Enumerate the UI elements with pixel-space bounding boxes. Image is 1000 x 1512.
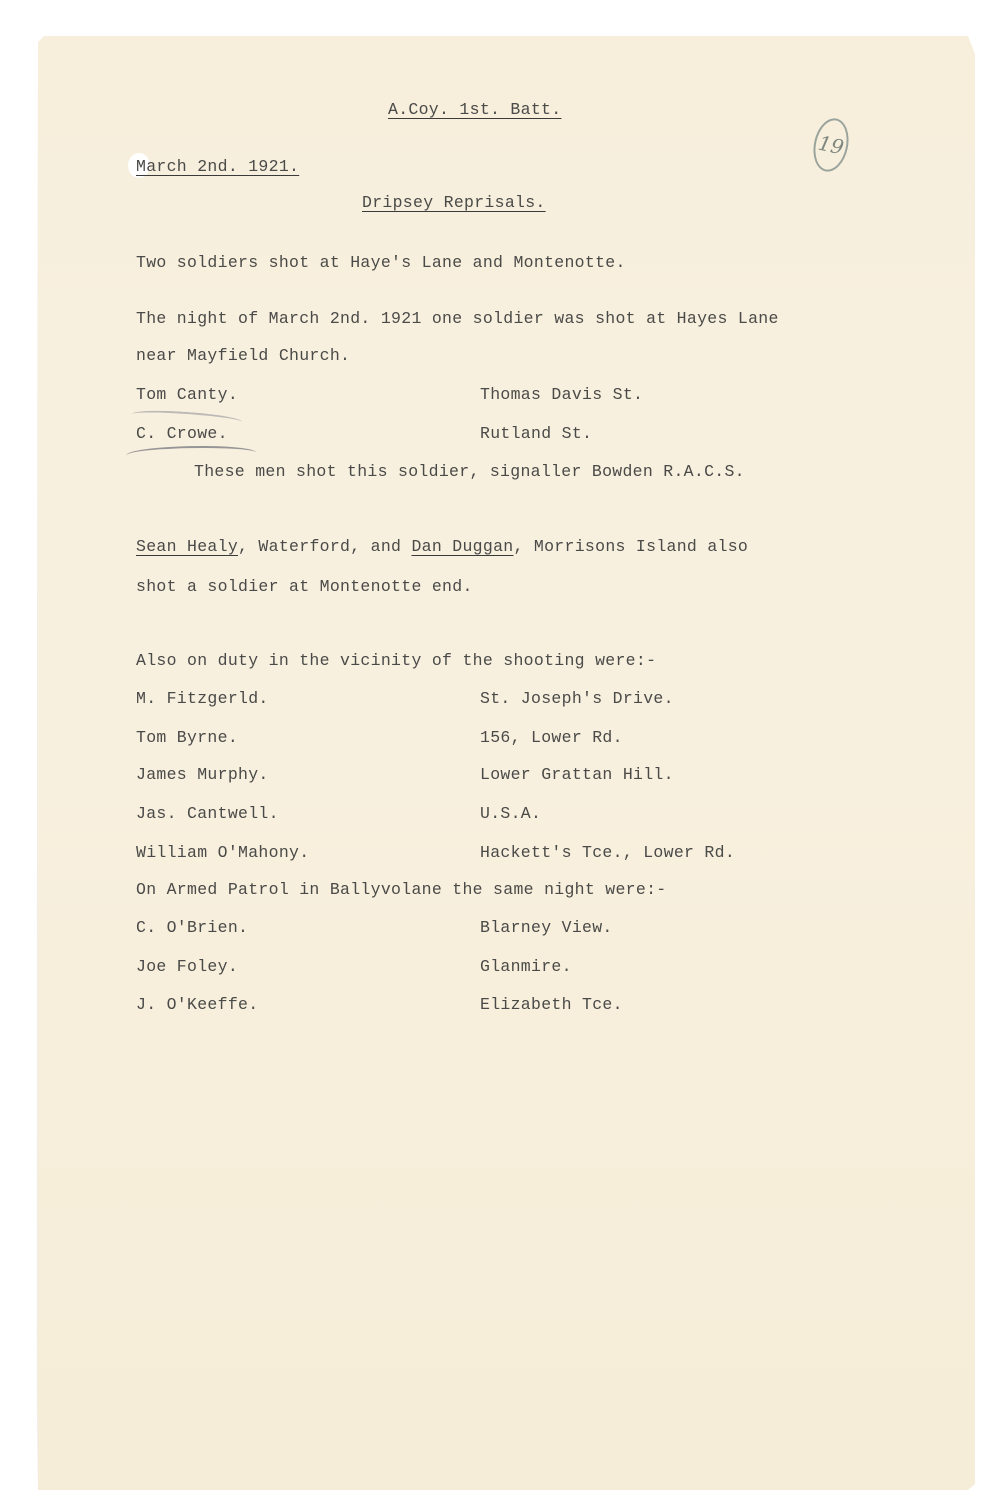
on-duty-address: St. Joseph's Drive.: [480, 689, 674, 708]
patrol-heading: On Armed Patrol in Ballyvolane the same …: [136, 880, 666, 899]
shooter-address: Thomas Davis St.: [480, 385, 643, 404]
on-duty-address: Hackett's Tce., Lower Rd.: [480, 843, 735, 862]
document-date: March 2nd. 1921.: [136, 157, 299, 176]
underlined-name: Dan Duggan: [411, 537, 513, 556]
paragraph1-line1: The night of March 2nd. 1921 one soldier…: [136, 309, 779, 328]
paragraph1-line2: near Mayfield Church.: [136, 346, 350, 365]
document-heading: A.Coy. 1st. Batt.: [388, 100, 561, 119]
on-duty-heading: Also on duty in the vicinity of the shoo…: [136, 651, 656, 670]
shooter-name: Tom Canty.: [136, 385, 238, 404]
paragraph2-text: , Waterford, and: [238, 537, 411, 556]
shooter-name: C. Crowe.: [136, 424, 228, 443]
shooters-note: These men shot this soldier, signaller B…: [194, 462, 745, 481]
paragraph2-line2: shot a soldier at Montenotte end.: [136, 577, 473, 596]
patrol-address: Glanmire.: [480, 957, 572, 976]
on-duty-name: William O'Mahony.: [136, 843, 309, 862]
on-duty-address: 156, Lower Rd.: [480, 728, 623, 747]
patrol-address: Elizabeth Tce.: [480, 995, 623, 1014]
on-duty-name: Jas. Cantwell.: [136, 804, 279, 823]
document-title: Dripsey Reprisals.: [362, 193, 546, 212]
paragraph2-line1: Sean Healy, Waterford, and Dan Duggan, M…: [136, 537, 748, 556]
summary-line: Two soldiers shot at Haye's Lane and Mon…: [136, 253, 626, 272]
patrol-address: Blarney View.: [480, 918, 613, 937]
shooter-address: Rutland St.: [480, 424, 592, 443]
on-duty-address: Lower Grattan Hill.: [480, 765, 674, 784]
on-duty-name: James Murphy.: [136, 765, 269, 784]
patrol-name: C. O'Brien.: [136, 918, 248, 937]
patrol-name: J. O'Keeffe.: [136, 995, 258, 1014]
underlined-name: Sean Healy: [136, 537, 238, 556]
pencil-underline: [126, 446, 256, 462]
on-duty-name: Tom Byrne.: [136, 728, 238, 747]
on-duty-address: U.S.A.: [480, 804, 541, 823]
paragraph2-text: , Morrisons Island also: [514, 537, 749, 556]
on-duty-name: M. Fitzgerld.: [136, 689, 269, 708]
patrol-name: Joe Foley.: [136, 957, 238, 976]
